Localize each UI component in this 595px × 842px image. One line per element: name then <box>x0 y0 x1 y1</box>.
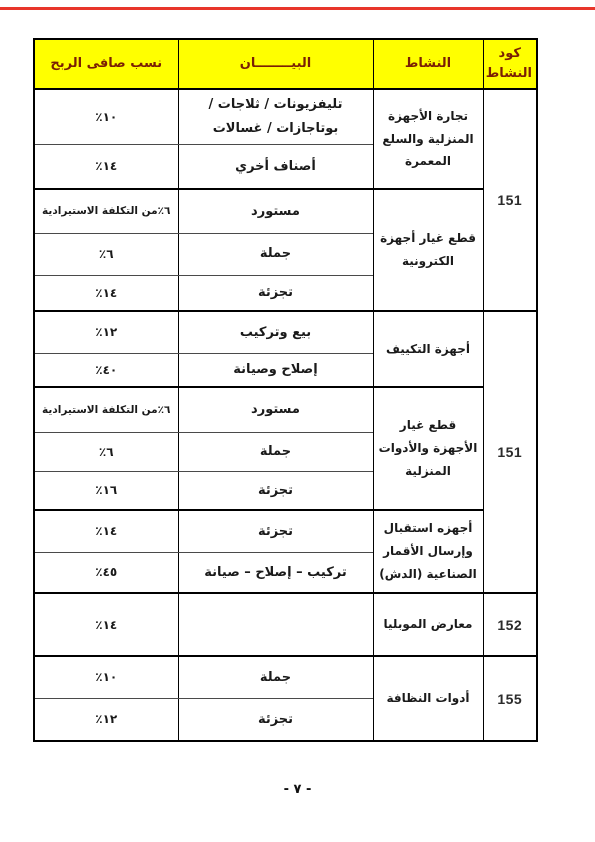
document-page: كود النشاط النشاط البيــــــــان نسب صاف… <box>0 0 595 842</box>
activity-cell: قطع غيار الأجهزة والأدوات المنزلية <box>373 387 483 510</box>
bayan-cell: تجزئة <box>178 275 373 311</box>
bayan-cell: مستورد <box>178 189 373 233</box>
table-row: 152 معارض الموبليا ١٤٪ <box>34 593 537 656</box>
bayan-cell: بيع وتركيب <box>178 311 373 353</box>
bayan-cell: جملة <box>178 432 373 471</box>
profit-cell: ٦٪ <box>34 233 178 275</box>
profit-cell: ١٤٪ <box>34 593 178 656</box>
table-row: 155 أدوات النظافة جملة ١٠٪ <box>34 656 537 698</box>
bayan-cell: جملة <box>178 656 373 698</box>
profit-cell: ٤٠٪ <box>34 353 178 387</box>
activity-cell: معارض الموبليا <box>373 593 483 656</box>
table-header-row: كود النشاط النشاط البيــــــــان نسب صاف… <box>34 39 537 89</box>
activity-cell: أدوات النظافة <box>373 656 483 741</box>
activity-cell: تجارة الأجهزة المنزلية والسلع المعمرة <box>373 89 483 189</box>
table-row: 151 أجهزة التكييف بيع وتركيب ١٢٪ <box>34 311 537 353</box>
bayan-cell: تركيب – إصلاح – صيانة <box>178 552 373 593</box>
table-row: قطع غيار الأجهزة والأدوات المنزلية مستور… <box>34 387 537 432</box>
bayan-cell: إصلاح وصيانة <box>178 353 373 387</box>
profit-cell: ١٤٪ <box>34 510 178 552</box>
bayan-cell <box>178 593 373 656</box>
header-bayan: البيــــــــان <box>178 39 373 89</box>
header-profit-ratio: نسب صافى الربح <box>34 39 178 89</box>
header-activity: النشاط <box>373 39 483 89</box>
activity-cell: أجهزة التكييف <box>373 311 483 387</box>
profit-cell: ١٦٪ <box>34 471 178 510</box>
profit-cell: ٦٪من التكلفة الاستيرادية <box>34 387 178 432</box>
activity-cell: قطع غيار أجهزة الكترونية <box>373 189 483 311</box>
bayan-cell: تجزئة <box>178 698 373 741</box>
profit-cell: ١٢٪ <box>34 698 178 741</box>
table-row: قطع غيار أجهزة الكترونية مستورد ٦٪من الت… <box>34 189 537 233</box>
activity-cell: أجهزه استقبال وإرسال الأقمار الصناعية (ا… <box>373 510 483 593</box>
profit-cell: ٦٪من التكلفة الاستيرادية <box>34 189 178 233</box>
bayan-cell: تليفزيونات / ثلاجات / بوتاجازات / غسالات <box>178 89 373 144</box>
profit-cell: ١٠٪ <box>34 656 178 698</box>
code-cell: 151 <box>483 311 537 593</box>
bayan-cell: تجزئة <box>178 471 373 510</box>
activity-profit-table: كود النشاط النشاط البيــــــــان نسب صاف… <box>33 38 538 742</box>
profit-cell: ١٠٪ <box>34 89 178 144</box>
header-activity-code: كود النشاط <box>483 39 537 89</box>
code-cell: 155 <box>483 656 537 741</box>
code-cell: 152 <box>483 593 537 656</box>
profit-cell: ٤٥٪ <box>34 552 178 593</box>
bayan-cell: أصناف أخري <box>178 144 373 189</box>
bayan-cell: مستورد <box>178 387 373 432</box>
bayan-cell: جملة <box>178 233 373 275</box>
top-red-rule <box>0 7 595 10</box>
page-number: - ٧ - <box>0 782 595 797</box>
profit-cell: ١٤٪ <box>34 144 178 189</box>
code-cell: 151 <box>483 89 537 311</box>
table-row: أجهزه استقبال وإرسال الأقمار الصناعية (ا… <box>34 510 537 552</box>
table-row: 151 تجارة الأجهزة المنزلية والسلع المعمر… <box>34 89 537 144</box>
profit-cell: ١٤٪ <box>34 275 178 311</box>
profit-cell: ٦٪ <box>34 432 178 471</box>
bayan-cell: تجزئة <box>178 510 373 552</box>
profit-cell: ١٢٪ <box>34 311 178 353</box>
